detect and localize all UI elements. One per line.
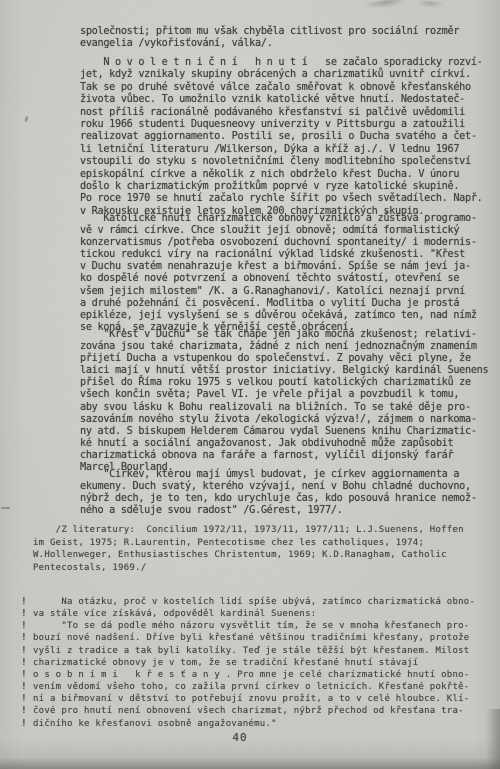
scan-edge-shadow-bottom [0,758,500,769]
scan-artifact-dash [1,507,10,509]
margin-emphasis-marks: ! ! ! ! ! ! ! ! ! ! ! [21,596,33,730]
paragraph-society-critique: společnosti; přitom mu však chyběla citl… [80,26,500,50]
page-number: 40 [222,731,258,744]
scan-edge-shadow-corner [486,709,500,769]
scan-artifact-smudge [364,0,409,11]
suenens-interview-quote: Na otázku, proč v kostelích lidí spíše u… [33,596,488,730]
scanned-document-page: společnosti; přitom mu však chyběla citl… [0,0,500,769]
paragraph-catholic-charismatic-renewal: Katolické hnutí charizmatické obnovy vzn… [80,213,500,334]
literature-references: /Z literatury: Concilium 1972/11, 1973/1… [33,524,488,574]
paragraph-neo-pentecostal-movement: N o v o l e t n i č n í h n u t í se zač… [80,57,500,218]
paragraph-church-quote: "Církev, kterou mají úmysl budovat, je c… [80,469,500,517]
scan-artifact-smudge [416,0,445,9]
paragraph-baptism-in-spirit: "Křest v Duchu" se tak chápe jen jako mo… [80,329,500,474]
scan-artifact-fleck [24,116,29,123]
